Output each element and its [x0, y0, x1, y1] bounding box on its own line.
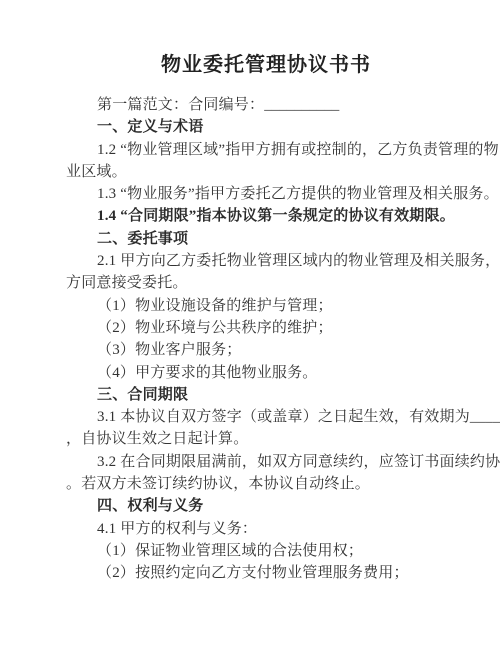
clause-1-2-line-2: 业区域。 [66, 161, 466, 183]
list-item-4-2: （2）按照约定向乙方支付物业管理服务费用； [66, 562, 466, 584]
clause-1-2-line-1: 1.2 “物业管理区域”指甲方拥有或控制的，乙方负责管理的物 [66, 139, 466, 161]
section-heading-definitions: 一、定义与术语 [66, 116, 466, 138]
clause-1-3: 1.3 “物业服务”指甲方委托乙方提供的物业管理及相关服务。 [66, 183, 466, 205]
document-title: 物业委托管理协议书书 [66, 50, 466, 80]
clause-2-1-line-1: 2.1 甲方向乙方委托物业管理区域内的物业管理及相关服务，乙 [66, 250, 466, 272]
meta-line: 第一篇范文：合同编号：__________ [66, 94, 466, 116]
clause-3-2-line-2: 。若双方未签订续约协议，本协议自动终止。 [66, 473, 466, 495]
section-heading-entrusted-items: 二、委托事项 [66, 228, 466, 250]
clause-4-1: 4.1 甲方的权利与义务： [66, 518, 466, 540]
section-heading-contract-term: 三、合同期限 [66, 384, 466, 406]
clause-3-1-line-1: 3.1 本协议自双方签字（或盖章）之日起生效，有效期为____年 [66, 406, 466, 428]
list-item-2-3: （3）物业客户服务； [66, 339, 466, 361]
section-heading-rights-duties: 四、权利与义务 [66, 495, 466, 517]
list-item-2-4: （4）甲方要求的其他物业服务。 [66, 362, 466, 384]
clause-1-4: 1.4 “合同期限”指本协议第一条规定的协议有效期限。 [66, 205, 466, 227]
list-item-2-1: （1）物业设施设备的维护与管理； [66, 295, 466, 317]
list-item-2-2: （2）物业环境与公共秩序的维护； [66, 317, 466, 339]
meta-label: 第一篇范文：合同编号： [97, 97, 264, 113]
list-item-4-1: （1）保证物业管理区域的合法使用权； [66, 540, 466, 562]
clause-3-1-line-2: ，自协议生效之日起计算。 [66, 428, 466, 450]
clause-2-1-line-2: 方同意接受委托。 [66, 272, 466, 294]
clause-3-2-line-1: 3.2 在合同期限届满前，如双方同意续约，应签订书面续约协议 [66, 451, 466, 473]
document-page: 物业委托管理协议书书 第一篇范文：合同编号：__________ 一、定义与术语… [0, 0, 500, 647]
contract-number-blank: __________ [264, 97, 339, 113]
